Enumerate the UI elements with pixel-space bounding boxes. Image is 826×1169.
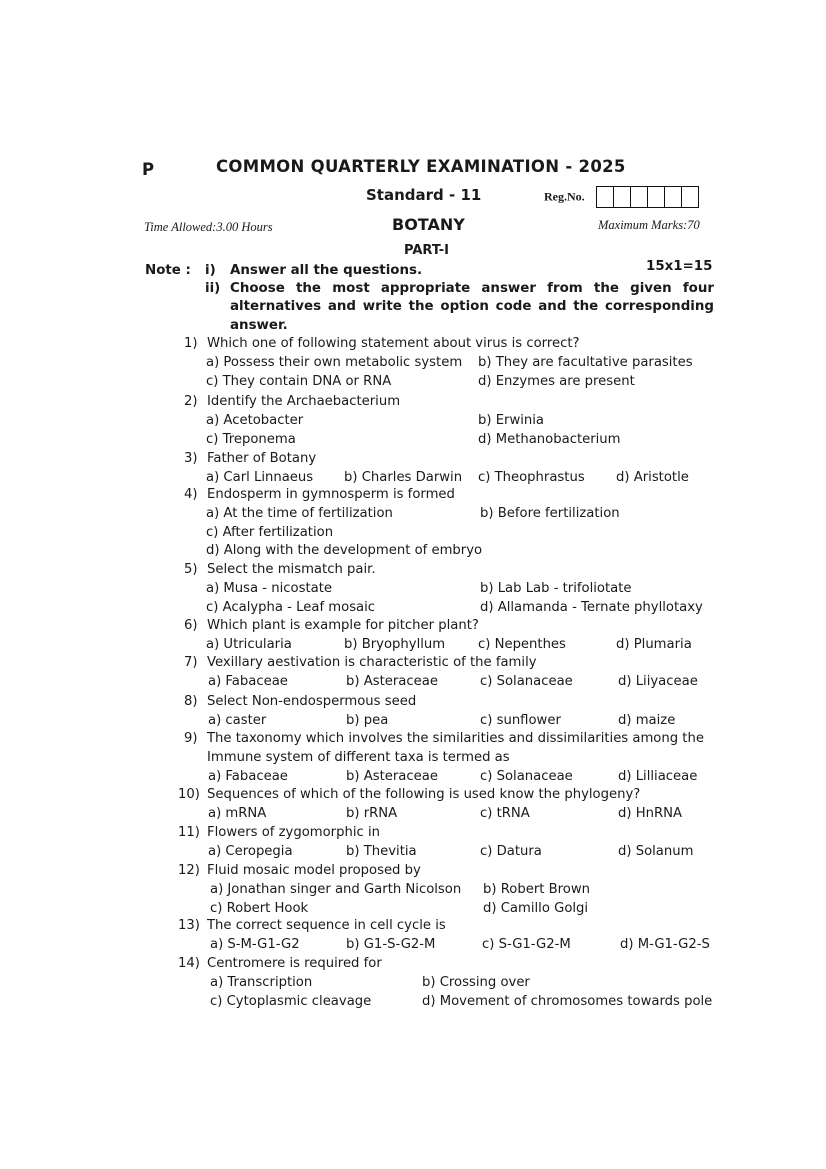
note-item-number: ii) [205, 281, 220, 296]
answer-option[interactable]: b) pea [346, 713, 388, 728]
answer-option[interactable]: a) Jonathan singer and Garth Nicolson [210, 882, 461, 897]
answer-option[interactable]: b) Erwinia [478, 413, 544, 428]
answer-option[interactable]: c) They contain DNA or RNA [206, 374, 391, 389]
answer-option[interactable]: d) Liiyaceae [618, 674, 698, 689]
question-number: 6) [184, 618, 198, 633]
question-text: Fluid mosaic model proposed by [207, 863, 421, 878]
answer-option[interactable]: d) M-G1-G2-S [620, 937, 710, 952]
note-item-text: Choose the most appropriate answer from … [230, 281, 714, 296]
reg-no: Reg.No. [544, 186, 699, 208]
answer-option[interactable]: c) After fertilization [206, 525, 333, 540]
answer-option[interactable]: d) HnRNA [618, 806, 682, 821]
reg-no-boxes[interactable] [596, 186, 699, 208]
question-text: Immune system of different taxa is terme… [207, 750, 510, 765]
answer-option[interactable]: b) Charles Darwin [344, 470, 462, 485]
question-number: 9) [184, 731, 198, 746]
question-text: The taxonomy which involves the similari… [207, 731, 704, 746]
reg-no-box[interactable] [631, 187, 648, 207]
reg-no-box[interactable] [614, 187, 631, 207]
note-item-number: i) [205, 263, 216, 278]
question-number: 13) [178, 918, 200, 933]
answer-option[interactable]: d) Allamanda - Ternate phyllotaxy [480, 600, 703, 615]
answer-option[interactable]: c) Robert Hook [210, 901, 308, 916]
question-number: 2) [184, 394, 198, 409]
part-heading: PART-I [404, 243, 449, 258]
answer-option[interactable]: d) Aristotle [616, 470, 689, 485]
question-number: 1) [184, 336, 198, 351]
answer-option[interactable]: b) Thevitia [346, 844, 417, 859]
answer-option[interactable]: a) At the time of fertilization [206, 506, 393, 521]
answer-option[interactable]: b) Robert Brown [483, 882, 590, 897]
answer-option[interactable]: c) Datura [480, 844, 542, 859]
answer-option[interactable]: d) Methanobacterium [478, 432, 621, 447]
reg-no-box[interactable] [597, 187, 614, 207]
question-number: 7) [184, 655, 198, 670]
max-marks: Maximum Marks:70 [598, 218, 700, 233]
reg-no-box[interactable] [648, 187, 665, 207]
answer-option[interactable]: b) G1-S-G2-M [346, 937, 435, 952]
answer-option[interactable]: d) Camillo Golgi [483, 901, 588, 916]
answer-option[interactable]: b) Bryophyllum [344, 637, 445, 652]
answer-option[interactable]: b) Before fertilization [480, 506, 620, 521]
note-item-text: alternatives and write the option code a… [230, 299, 714, 314]
question-text: Centromere is required for [207, 956, 382, 971]
answer-option[interactable]: a) S-M-G1-G2 [210, 937, 300, 952]
answer-option[interactable]: a) Acetobacter [206, 413, 303, 428]
note-item-text: answer. [230, 318, 288, 333]
answer-option[interactable]: a) mRNA [208, 806, 266, 821]
reg-no-box[interactable] [682, 187, 698, 207]
note-label: Note : [145, 263, 191, 278]
note-item-text: Answer all the questions. [230, 263, 422, 278]
answer-option[interactable]: b) Lab Lab - trifoliotate [480, 581, 632, 596]
subject: BOTANY [392, 215, 465, 234]
answer-option[interactable]: c) Treponema [206, 432, 296, 447]
answer-option[interactable]: c) Cytoplasmic cleavage [210, 994, 371, 1009]
reg-no-label: Reg.No. [544, 190, 585, 204]
reg-no-box[interactable] [665, 187, 682, 207]
standard: Standard - 11 [366, 186, 481, 204]
answer-option[interactable]: d) Solanum [618, 844, 693, 859]
answer-option[interactable]: a) Ceropegia [208, 844, 293, 859]
question-number: 5) [184, 562, 198, 577]
answer-option[interactable]: b) Crossing over [422, 975, 530, 990]
answer-option[interactable]: c) Solanaceae [480, 674, 573, 689]
question-text: Select the mismatch pair. [207, 562, 376, 577]
question-text: Identify the Archaebacterium [207, 394, 400, 409]
question-number: 3) [184, 451, 198, 466]
answer-option[interactable]: a) Transcription [210, 975, 312, 990]
answer-option[interactable]: c) Acalypha - Leaf mosaic [206, 600, 375, 615]
answer-option[interactable]: d) maize [618, 713, 675, 728]
answer-option[interactable]: b) Asteraceae [346, 674, 438, 689]
question-text: Select Non-endospermous seed [207, 694, 416, 709]
answer-option[interactable]: b) They are facultative parasites [478, 355, 693, 370]
marks-distribution: 15x1=15 [646, 259, 712, 274]
answer-option[interactable]: d) Along with the development of embryo [206, 543, 482, 558]
answer-option[interactable]: d) Movement of chromosomes towards pole [422, 994, 712, 1009]
question-text: Vexillary aestivation is characteristic … [207, 655, 537, 670]
question-number: 14) [178, 956, 200, 971]
question-text: Father of Botany [207, 451, 316, 466]
answer-option[interactable]: d) Lilliaceae [618, 769, 697, 784]
answer-option[interactable]: a) Fabaceae [208, 769, 288, 784]
answer-option[interactable]: c) tRNA [480, 806, 530, 821]
answer-option[interactable]: c) Nepenthes [478, 637, 566, 652]
question-text: Flowers of zygomorphic in [207, 825, 380, 840]
answer-option[interactable]: b) Asteraceae [346, 769, 438, 784]
question-number: 11) [178, 825, 200, 840]
question-text: Which plant is example for pitcher plant… [207, 618, 479, 633]
question-text: Which one of following statement about v… [207, 336, 580, 351]
answer-option[interactable]: b) rRNA [346, 806, 397, 821]
answer-option[interactable]: c) S-G1-G2-M [482, 937, 571, 952]
question-text: The correct sequence in cell cycle is [207, 918, 446, 933]
answer-option[interactable]: a) caster [208, 713, 266, 728]
question-number: 4) [184, 487, 198, 502]
answer-option[interactable]: d) Plumaria [616, 637, 692, 652]
answer-option[interactable]: a) Carl Linnaeus [206, 470, 313, 485]
answer-option[interactable]: c) sunflower [480, 713, 561, 728]
question-number: 12) [178, 863, 200, 878]
paper-code: P [142, 160, 154, 179]
exam-title: COMMON QUARTERLY EXAMINATION - 2025 [216, 157, 626, 176]
answer-option[interactable]: c) Theophrastus [478, 470, 585, 485]
answer-option[interactable]: a) Musa - nicostate [206, 581, 332, 596]
answer-option[interactable]: c) Solanaceae [480, 769, 573, 784]
question-text: Endosperm in gymnosperm is formed [207, 487, 455, 502]
time-allowed: Time Allowed:3.00 Hours [144, 220, 273, 235]
question-number: 8) [184, 694, 198, 709]
answer-option[interactable]: a) Utricularia [206, 637, 292, 652]
question-text: Sequences of which of the following is u… [207, 787, 640, 802]
answer-option[interactable]: d) Enzymes are present [478, 374, 635, 389]
answer-option[interactable]: a) Possess their own metabolic system [206, 355, 462, 370]
question-number: 10) [178, 787, 200, 802]
answer-option[interactable]: a) Fabaceae [208, 674, 288, 689]
